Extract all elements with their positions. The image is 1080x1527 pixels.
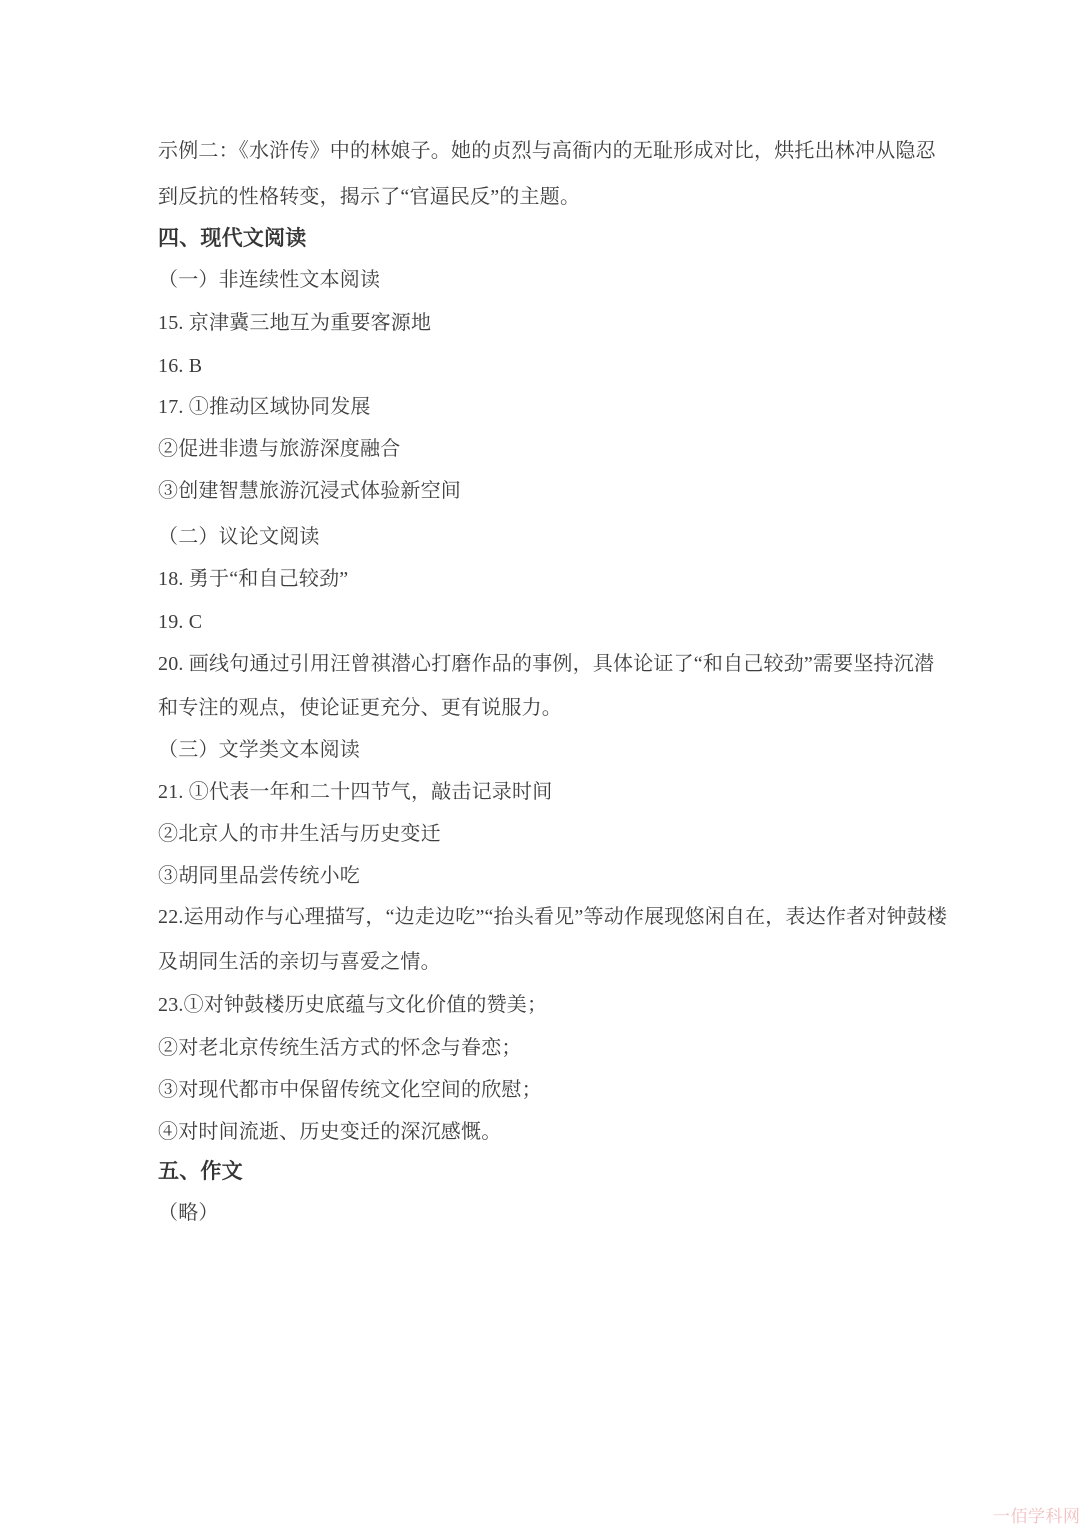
answer-line: ③创建智慧旅游沉浸式体验新空间 — [158, 478, 980, 505]
document-page: 示例二：《水浒传》中的林娘子。她的贞烈与高衙内的无耻形成对比，烘托出林冲从隐忍 … — [0, 0, 1080, 1527]
answer-line: 16. B — [158, 353, 980, 380]
answer-line: ③胡同里品尝传统小吃 — [158, 863, 980, 890]
answer-line: （略） — [158, 1200, 980, 1227]
answer-line: 23.①对钟鼓楼历史底蕴与文化价值的赞美； — [158, 992, 980, 1019]
answer-paragraph-line: 20. 画线句通过引用汪曾祺潜心打磨作品的事例，具体论证了“和自己较劲”需要坚持… — [158, 651, 980, 678]
answer-line: 18. 勇于“和自己较劲” — [158, 566, 980, 593]
subsection-heading: （三）文学类文本阅读 — [158, 737, 980, 764]
answer-line: ④对时间流逝、历史变迁的深沉感慨。 — [158, 1119, 980, 1146]
answer-line: ③对现代都市中保留传统文化空间的欣慰； — [158, 1077, 980, 1104]
answer-line: ②促进非遗与旅游深度融合 — [158, 436, 980, 463]
answer-line: 17. ①推动区域协同发展 — [158, 394, 980, 421]
answer-paragraph-line: 22.运用动作与心理描写，“边走边吃”“抬头看见”等动作展现悠闲自在，表达作者对… — [158, 904, 980, 931]
answer-paragraph-line: 及胡同生活的亲切与喜爱之情。 — [158, 949, 980, 976]
answer-line: 19. C — [158, 609, 980, 636]
subsection-heading: （一）非连续性文本阅读 — [158, 267, 980, 294]
subsection-heading: （二）议论文阅读 — [158, 524, 980, 551]
answer-line: 21. ①代表一年和二十四节气，敲击记录时间 — [158, 779, 980, 806]
answer-line: ②对老北京传统生活方式的怀念与眷恋； — [158, 1035, 980, 1062]
answer-paragraph-line: 到反抗的性格转变，揭示了“官逼民反”的主题。 — [158, 184, 980, 211]
answer-line: 15. 京津冀三地互为重要客源地 — [158, 310, 980, 337]
section-heading: 五、作文 — [158, 1158, 980, 1185]
watermark: 一佰学科网 — [993, 1502, 1080, 1527]
section-heading: 四、现代文阅读 — [158, 225, 980, 252]
answer-paragraph-line: 示例二：《水浒传》中的林娘子。她的贞烈与高衙内的无耻形成对比，烘托出林冲从隐忍 — [158, 138, 980, 165]
answer-paragraph-line: 和专注的观点，使论证更充分、更有说服力。 — [158, 695, 980, 722]
answer-line: ②北京人的市井生活与历史变迁 — [158, 821, 980, 848]
